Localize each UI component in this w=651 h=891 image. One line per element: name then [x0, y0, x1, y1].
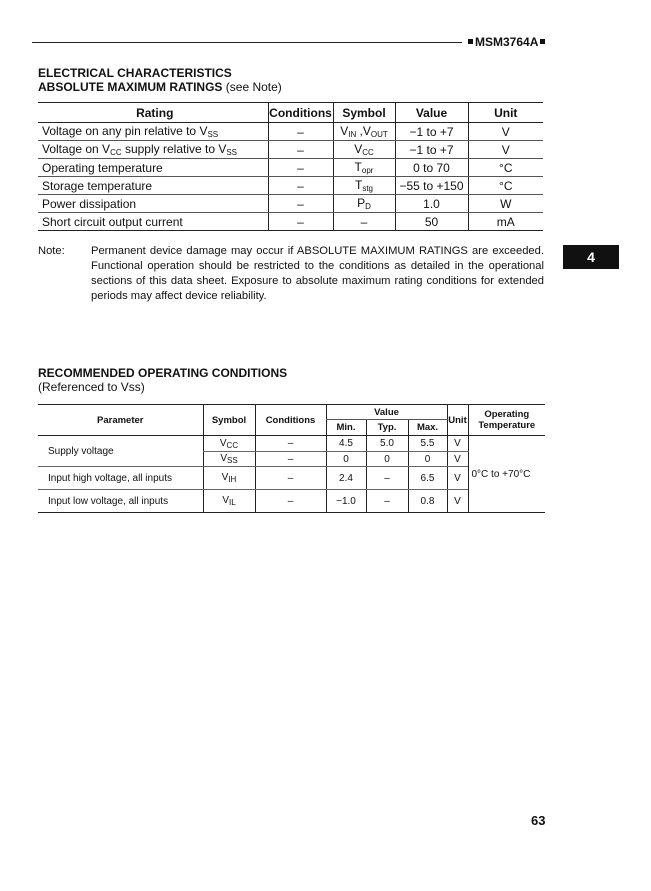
- typ-cell: –: [366, 467, 408, 490]
- min-cell: 2.4: [326, 467, 366, 490]
- running-header: MSM3764A: [466, 35, 547, 49]
- conditions-cell: –: [255, 467, 326, 490]
- col-header-unit: Unit: [468, 103, 543, 123]
- unit-cell: V: [447, 452, 468, 467]
- rating-cell: Storage temperature: [38, 177, 268, 195]
- section-tab: 4: [563, 245, 619, 269]
- symbol-cell: VIH: [203, 467, 255, 490]
- col-header-parameter: Parameter: [38, 405, 203, 436]
- abs-max-title-suffix: (see Note): [226, 80, 282, 94]
- recommended-operating-conditions-table: Parameter Symbol Conditions Value Unit O…: [38, 404, 545, 513]
- symbol-cell: Tstg: [333, 177, 395, 195]
- conditions-cell: –: [268, 213, 333, 231]
- rec-op-subtitle: (Referenced to Vss): [38, 380, 145, 394]
- table-row: Operating temperature – Topr 0 to 70 °C: [38, 159, 543, 177]
- note-label: Note:: [38, 244, 65, 259]
- typ-cell: 0: [366, 452, 408, 467]
- value-cell: −55 to +150: [395, 177, 468, 195]
- table-row: Voltage on any pin relative to VSS – VIN…: [38, 123, 543, 141]
- min-cell: −1.0: [326, 490, 366, 513]
- col-header-value: Value: [326, 405, 447, 420]
- conditions-cell: –: [255, 436, 326, 452]
- symbol-cell: VCC: [203, 436, 255, 452]
- col-header-rating: Rating: [38, 103, 268, 123]
- col-header-operating-temperature: Operating Temperature: [468, 405, 545, 436]
- header-rule: [32, 42, 462, 43]
- unit-cell: V: [447, 436, 468, 452]
- max-cell: 0.8: [408, 490, 447, 513]
- col-header-conditions: Conditions: [268, 103, 333, 123]
- value-cell: 1.0: [395, 195, 468, 213]
- abs-max-title-text: ABSOLUTE MAXIMUM RATINGS: [38, 80, 222, 94]
- col-header-unit: Unit: [447, 405, 468, 436]
- conditions-cell: –: [268, 159, 333, 177]
- page-number: 63: [531, 813, 545, 828]
- unit-cell: W: [468, 195, 543, 213]
- value-cell: −1 to +7: [395, 141, 468, 159]
- table-header-row: Parameter Symbol Conditions Value Unit O…: [38, 405, 545, 420]
- unit-cell: V: [447, 490, 468, 513]
- min-cell: 4.5: [326, 436, 366, 452]
- conditions-cell: –: [255, 490, 326, 513]
- typ-cell: –: [366, 490, 408, 513]
- table-row: Short circuit output current – – 50 mA: [38, 213, 543, 231]
- operating-temperature-cell: 0°C to +70°C: [468, 436, 545, 513]
- section-title: ELECTRICAL CHARACTERISTICS: [38, 66, 232, 80]
- conditions-cell: –: [255, 452, 326, 467]
- unit-cell: mA: [468, 213, 543, 231]
- col-header-max: Max.: [408, 420, 447, 436]
- max-cell: 5.5: [408, 436, 447, 452]
- parameter-cell: Supply voltage: [38, 436, 203, 467]
- symbol-cell: VSS: [203, 452, 255, 467]
- col-header-value: Value: [395, 103, 468, 123]
- conditions-cell: –: [268, 195, 333, 213]
- max-cell: 6.5: [408, 467, 447, 490]
- symbol-cell: PD: [333, 195, 395, 213]
- col-header-symbol: Symbol: [203, 405, 255, 436]
- conditions-cell: –: [268, 141, 333, 159]
- rating-cell: Voltage on VCC supply relative to VSS: [38, 141, 268, 159]
- value-cell: 50: [395, 213, 468, 231]
- rating-cell: Voltage on any pin relative to VSS: [38, 123, 268, 141]
- part-number: MSM3764A: [475, 35, 538, 49]
- unit-cell: V: [468, 123, 543, 141]
- symbol-cell: VIL: [203, 490, 255, 513]
- unit-cell: °C: [468, 159, 543, 177]
- rating-cell: Power dissipation: [38, 195, 268, 213]
- square-bullet-icon: [468, 39, 473, 44]
- unit-cell: V: [468, 141, 543, 159]
- table-row: Supply voltage VCC – 4.5 5.0 5.5 V 0°C t…: [38, 436, 545, 452]
- symbol-cell: VCC: [333, 141, 395, 159]
- abs-max-title: ABSOLUTE MAXIMUM RATINGS (see Note): [38, 80, 282, 94]
- table-header-row: Rating Conditions Symbol Value Unit: [38, 103, 543, 123]
- value-cell: −1 to +7: [395, 123, 468, 141]
- rating-cell: Operating temperature: [38, 159, 268, 177]
- col-header-conditions: Conditions: [255, 405, 326, 436]
- table-row: Storage temperature – Tstg −55 to +150 °…: [38, 177, 543, 195]
- rating-cell: Short circuit output current: [38, 213, 268, 231]
- col-header-min: Min.: [326, 420, 366, 436]
- value-cell: 0 to 70: [395, 159, 468, 177]
- unit-cell: °C: [468, 177, 543, 195]
- table-row: Voltage on VCC supply relative to VSS – …: [38, 141, 543, 159]
- table-row: Power dissipation – PD 1.0 W: [38, 195, 543, 213]
- symbol-cell: Topr: [333, 159, 395, 177]
- absolute-maximum-ratings-table: Rating Conditions Symbol Value Unit Volt…: [38, 102, 543, 231]
- parameter-cell: Input low voltage, all inputs: [38, 490, 203, 513]
- conditions-cell: –: [268, 123, 333, 141]
- symbol-cell: –: [333, 213, 395, 231]
- conditions-cell: –: [268, 177, 333, 195]
- rec-op-title: RECOMMENDED OPERATING CONDITIONS: [38, 366, 287, 380]
- typ-cell: 5.0: [366, 436, 408, 452]
- parameter-cell: Input high voltage, all inputs: [38, 467, 203, 490]
- col-header-typ: Typ.: [366, 420, 408, 436]
- note-text: Permanent device damage may occur if ABS…: [91, 244, 544, 304]
- square-bullet-icon: [540, 39, 545, 44]
- max-cell: 0: [408, 452, 447, 467]
- col-header-symbol: Symbol: [333, 103, 395, 123]
- unit-cell: V: [447, 467, 468, 490]
- symbol-cell: VIN ,VOUT: [333, 123, 395, 141]
- min-cell: 0: [326, 452, 366, 467]
